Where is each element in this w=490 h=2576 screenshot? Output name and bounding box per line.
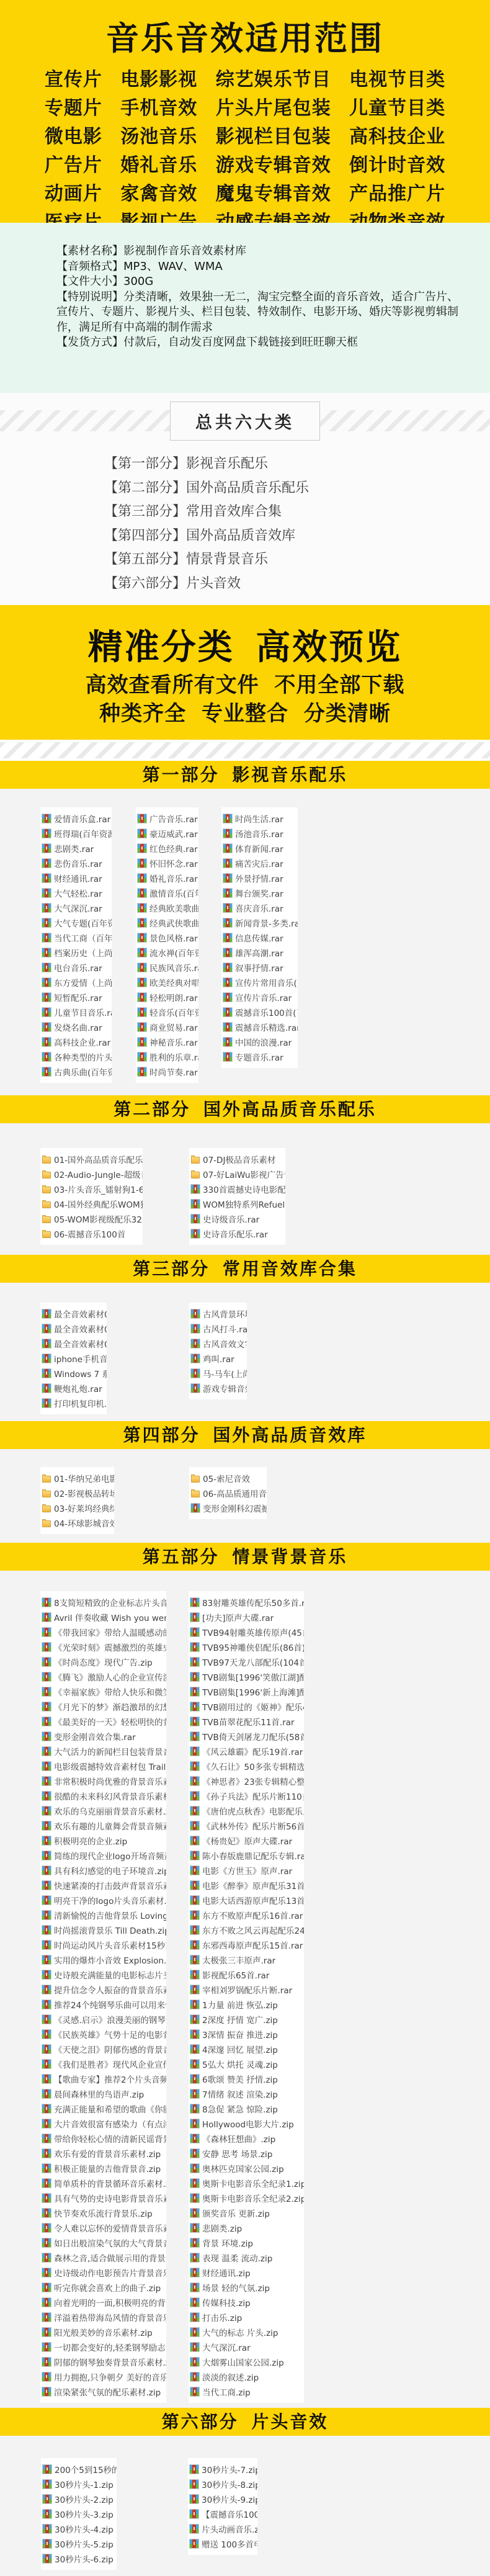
file-item[interactable]: 30秒片头-9.zip [188,2492,257,2506]
file-type-icon [191,1339,200,1348]
file-item[interactable]: 影视配乐65首.rar [189,1967,304,1982]
file-item[interactable]: TVB倚天剑屠龙刀配乐(58首).rar [189,1729,304,1744]
file-item[interactable]: 电影大话西游原声配乐13首.rar [189,1893,304,1908]
file-item[interactable]: 《幸福家族》带给人快乐和微笑的背景音频素材.zip [40,1684,166,1699]
file-item[interactable]: 《神思者》23张专辑精心整理推荐配乐71首!.rar [189,1774,304,1788]
file-item[interactable]: TVB剧集[1996'新上海滩]配乐集锦.rar [189,1684,304,1699]
file-item[interactable]: 东方不败原声配乐16首.rar [189,1908,304,1923]
file-item[interactable]: 古风背景环境.rar [189,1306,247,1321]
file-item[interactable]: 《时尚态度》现代广告.zip [40,1654,166,1669]
file-item[interactable]: 流水禅(百年资源).rar [136,945,198,960]
file-item[interactable]: 30秒片头-4.zip [41,2521,117,2536]
file-item[interactable]: 积极正能量的吉他背景音.zip [40,2161,166,2176]
file-item[interactable]: 大气活力的新闻栏目包装背景音频素材.zip [40,1744,166,1759]
file-column: 07-DJ极品音乐素材07-好LaiWu影视广告专题片配乐素材330首震撼史诗电… [189,1148,285,1245]
file-item[interactable]: 高科技企业.rar [40,1034,112,1049]
file-type-icon [42,2268,51,2277]
file-type-icon [190,1836,199,1845]
file-item[interactable]: 外景抒情.rar [221,871,298,886]
file-item[interactable]: 古风打斗.rar [189,1321,247,1336]
file-type-icon [190,2119,199,2128]
file-item[interactable]: 《唐伯虎点秋香》电影配乐片断配乐32首!.rar [189,1803,304,1818]
file-item[interactable]: 变形金刚音效合集.rar [40,1729,166,1744]
file-name: [功夫]原声大碟.rar [202,1611,274,1623]
file-item[interactable]: 悲伤音乐.rar [40,856,112,871]
file-item[interactable]: 爱情音乐盒.rar [40,811,112,826]
file-item[interactable]: TVB苗翠花配乐11首.rar [189,1714,304,1729]
file-item[interactable]: 一切都会变好的,轻柔钢琴励志背景音.zip [40,2340,166,2354]
file-item[interactable]: 提升信念令人振奋的背景音乐素材.zip [40,1982,166,1997]
file-item[interactable]: 02-Audio-Jungle-超级音乐音效合集 [40,1167,143,1182]
file-name: 实用的爆炸小音效 Explosion.zip [54,1954,166,1966]
file-item[interactable]: 《灵感.启示》浪漫美丽的钢琴背景音乐素材.zip [40,2012,166,2027]
file-type-icon [223,889,232,897]
file-item[interactable]: 30秒片头-5.zip [41,2536,117,2551]
file-item[interactable]: 古风音效文字标注.rar [189,1336,247,1351]
file-item[interactable]: 大气轻松.rar [40,886,112,900]
file-item[interactable]: 30秒片头-6.zip [41,2551,117,2566]
file-item[interactable]: 档案历史（上尚影视）.rar [40,945,112,960]
file-item[interactable]: 各种类型的片头音乐.rar [40,1049,112,1064]
file-item[interactable]: 《久石让》50多张专辑精选57首配乐.rar [189,1759,304,1774]
file-item[interactable]: 洋溢着热带海岛风情的背景音乐素材.zip [40,2310,166,2325]
file-type-icon [42,1231,51,1238]
file-column: 时尚生活.rar汤池音乐.rar体育新闻.rar痛苦灾后.rar外景抒情.rar… [221,807,298,1068]
file-item[interactable]: 汤池音乐.rar [221,826,298,841]
file-item[interactable]: 电影《方世玉》原声.rar [189,1863,304,1878]
file-item[interactable]: 时尚生活.rar [221,811,298,826]
file-item[interactable]: 欧美经典对唱歌曲.rar [136,975,198,990]
file-item[interactable]: 带给你轻松心情的清新民谣背景曲.zip [40,2131,166,2146]
file-item[interactable]: 7情绪 叙述 渲染.zip [189,2086,304,2101]
file-item[interactable]: 班得瑞(百年资源).rar [40,826,112,841]
file-item[interactable]: 打印机复印机.rar [40,1396,107,1411]
file-item[interactable]: iphone手机音效.rar [40,1351,107,1366]
file-item[interactable]: 悲剧类.rar [40,841,112,856]
file-item[interactable]: 30秒片头-3.zip [41,2506,117,2521]
file-type-icon [42,963,51,972]
file-item[interactable]: 如日出般渲染气氛的大气背景音.zip [40,2235,166,2250]
file-item[interactable]: Windows 7 系统音效.rar [40,1366,107,1381]
file-name: 30秒片头-7.zip [202,2463,257,2475]
file-item[interactable]: 《孙子兵法》配乐片断110多首.rar [189,1788,304,1803]
file-item[interactable]: 3深情 振奋 推进.zip [189,2027,304,2042]
file-item[interactable]: 《民族英雄》气势十足的电影背景音乐素材.zip [40,2027,166,2042]
file-item[interactable]: 具有气势的史诗电影背景音乐素材 .zip [40,2191,166,2206]
file-name: 5弘大 烘托 灵魂.zip [202,2058,278,2070]
file-item[interactable]: 当代工商.zip [189,2384,304,2399]
file-item[interactable]: 宰相刘罗锅配乐片断.rar [189,1982,304,1997]
file-item[interactable]: 05-索尼音效 [189,1471,267,1486]
file-item[interactable]: 东方爱情（上尚影视）.rar [40,975,112,990]
file-item[interactable]: 30秒片头-2.zip [41,2492,117,2506]
file-item[interactable]: TVB97天龙八部配乐(104首).rar [189,1654,304,1669]
file-name: 变形金刚音效合集.rar [54,1730,136,1743]
file-type-icon [223,904,232,912]
file-item[interactable]: 2深度 抒情 宽广.zip [189,2012,304,2027]
file-item[interactable]: 古典乐曲(百年资源).rar [40,1064,112,1079]
file-item[interactable]: 森林之音,适合做展示用的背景音频素材.zip [40,2250,166,2265]
file-item[interactable]: 背景 环境.zip [189,2235,304,2250]
file-item[interactable]: 豪迈威武.rar [136,826,198,841]
file-item[interactable]: 200个5到15秒的片头音乐.zip [41,2462,117,2477]
file-type-icon [190,2134,199,2143]
file-item[interactable]: 喜庆音乐.rar [221,900,298,915]
file-item[interactable]: 快速紧凑的打击鼓声背景音乐素材.zip [40,1878,166,1893]
file-item[interactable]: 史诗级动作电影预告片背景音乐素材.zip [40,2265,166,2280]
file-item[interactable]: 简单质朴的背景循环音乐素材.zip [40,2176,166,2191]
file-item[interactable]: 向着光明的一面,积极明亮的背景音乐素材 .zip [40,2295,166,2310]
file-item[interactable]: 婚礼音乐.rar [136,871,198,886]
file-item[interactable]: TVB剧集[1996'笑傲江湖]配乐集锦.rar [189,1669,304,1684]
file-item[interactable]: 07-DJ极品音乐素材 [189,1152,285,1167]
file-name: 30秒片头-2.zip [55,2493,114,2505]
file-type-icon [42,2164,51,2173]
file-item[interactable]: 中国的浪漫.rar [221,1034,298,1049]
file-item[interactable]: 大烟雾山国家公园.zip [189,2354,304,2369]
section-3-header: 第三部分 常用音效库合集 [0,1255,490,1283]
file-type-icon [190,2372,199,2381]
file-item[interactable]: 最全音效素材01.rar [40,1306,107,1321]
file-item[interactable]: TVB剧用过的《姬神》配乐41首.rar [189,1699,304,1714]
file-item[interactable]: 欢乐的乌克丽丽背景音乐素材.zip [40,1803,166,1818]
file-name: 01-华纳兄弟电影音效库合辑 [54,1472,114,1484]
file-item[interactable]: 阴郁的钢琴独奏背景音乐素材.zip [40,2354,166,2369]
file-type-icon [42,1762,51,1770]
file-item[interactable]: 具有科幻感觉的电子环境音.zip [40,1863,166,1878]
file-item[interactable]: 商业贸易.rar [136,1020,198,1034]
file-item[interactable]: TVB95神雕侠侣配乐(86首).rar [189,1640,304,1654]
file-item[interactable]: 《腾飞》激励人心的企业宣传演示背景音频素材.zip [40,1669,166,1684]
file-item[interactable]: 简练的现代企业logo开场音频素材.zip [40,1848,166,1863]
file-item[interactable]: 广告音乐.rar [136,811,198,826]
file-type-icon [42,1187,51,1193]
file-type-icon [43,2510,51,2518]
file-name: 推荐24个纯钢琴乐曲可以用来做开场音乐.zip [54,1998,166,2011]
file-item[interactable]: 30秒片头-1.zip [41,2477,117,2492]
file-item[interactable]: 民族风音乐.rar [136,960,198,975]
file-item[interactable]: 30秒片头-7.zip [188,2462,257,2477]
file-item[interactable]: 04-环球影城音效资料 [40,1515,114,1530]
file-item[interactable]: 最全音效素材02.rar [40,1321,107,1336]
file-item[interactable]: 渲染紧张气氛的配乐素材.zip [40,2384,166,2399]
file-name: 83射雕英雄传配乐50多首.rar [202,1596,304,1609]
file-item[interactable]: 06-高品质通用音效库 [189,1486,267,1501]
file-column: 最全音效素材01.rar最全音效素材02.rar最全音效素材03.raripho… [40,1303,107,1414]
file-item[interactable]: 怀旧怀念.rar [136,856,198,871]
file-type-icon [191,1229,200,1238]
file-item[interactable]: 电影级震撼特效音素材包 Trailer Acts.zip [40,1759,166,1774]
file-item[interactable]: 安静 思考 场景.zip [189,2146,304,2161]
file-item[interactable]: 积极明亮的企业.zip [40,1833,166,1848]
file-item[interactable]: [功夫]原声大碟.rar [189,1610,304,1625]
file-item[interactable]: 02-影视极品转场音效 [40,1486,114,1501]
file-item[interactable]: 轻松明朗.rar [136,990,198,1005]
file-item[interactable]: 胜利的乐章.rar [136,1049,198,1064]
file-type-icon [190,2387,199,2396]
file-type-icon [138,933,146,942]
file-type-icon [223,1008,232,1016]
file-item[interactable]: 红色经典.rar [136,841,198,856]
file-name: WOM独特系列Refuel Music22集.rar [203,1198,285,1210]
file-item[interactable]: 奥林匹克国家公园.zip [189,2161,304,2176]
file-item[interactable]: 8急促 紧急 惊险.zip [189,2101,304,2116]
file-item[interactable]: 财经通讯.rar [40,871,112,886]
file-item[interactable]: 时尚摇滚背景乐 Till Death.zip [40,1923,166,1937]
file-type-icon [223,1052,232,1061]
file-item[interactable]: 大气深沉.rar [40,900,112,915]
file-item[interactable]: 打击乐.zip [189,2310,304,2325]
file-item[interactable]: 体育新闻.rar [221,841,298,856]
file-name: 欢乐有爱的背景音乐素材.zip [54,2147,161,2160]
file-name: 07-DJ极品音乐素材 [203,1153,275,1165]
file-item[interactable]: 大气的标志 片头.zip [189,2325,304,2340]
file-item[interactable]: 鞭炮礼炮.rar [40,1381,107,1396]
file-item[interactable]: 30秒片头-8.zip [188,2477,257,2492]
file-item[interactable]: 东方不败之风云再起配乐24首.rar [189,1923,304,1937]
file-type-icon [190,1658,199,1666]
file-item[interactable]: 充满正能量和希望的歌曲《你能大过生命》.zip [40,2101,166,2116]
file-item[interactable]: 陈小春版鹿鼎记配乐专辑.rar [189,1848,304,1863]
file-type-icon [190,2253,199,2262]
file-item[interactable]: 【歌曲专家】推荐2个片头音频素材.zip [40,2071,166,2086]
file-item[interactable]: 用力拥抱,只争朝夕 美好的音乐,含纯乐版和歌词版.zip [40,2369,166,2384]
file-name: 具有科幻感觉的电子环境音.zip [54,1864,166,1877]
file-name: 一切都会变好的,轻柔钢琴励志背景音.zip [54,2341,166,2353]
file-type-icon [190,2328,199,2336]
stripe-band [0,740,490,761]
file-item[interactable]: 晨间森林里的鸟语声.zip [40,2086,166,2101]
file-name: 背景 环境.zip [202,2237,253,2249]
file-item[interactable]: 04-国外经典配乐WOM独特系列TSH合辑 [40,1196,143,1211]
file-item[interactable]: 快节奏欢乐流行背景乐.zip [40,2206,166,2220]
section-1-file-list: 爱情音乐盒.rar班得瑞(百年资源).rar悲剧类.rar悲伤音乐.rar财经通… [0,789,490,1095]
file-item[interactable]: 【震撼音乐100首】.zip [188,2506,257,2521]
file-name: 30秒片头-9.zip [202,2493,257,2505]
file-item[interactable]: 轻音乐(百年资源).rar [136,1005,198,1020]
file-item[interactable]: TVB94射雕英雄传原声(45首)+原创.zip [189,1625,304,1640]
file-item[interactable]: 欢乐有趣的儿童舞会背景音频素材.zip [40,1818,166,1833]
hero-banner: 音乐音效适用范围 宣传片 电影影视 综艺娱乐节目 电视节目类专题片 手机音效 片… [0,0,490,223]
file-name: 游戏专辑音效.rar [203,1382,247,1394]
file-item[interactable]: 83射雕英雄传配乐50多首.rar [189,1595,304,1610]
file-type-icon [42,1052,51,1061]
file-item[interactable]: 03-好莱坞经典综合音效 [40,1501,114,1515]
file-item[interactable]: 激情音乐(百年资源).rar [136,886,198,900]
file-item[interactable]: 叙事抒情.rar [221,960,298,975]
file-type-icon [42,2134,51,2143]
file-name: 片头动画音乐.zip [202,2523,257,2535]
file-item[interactable]: 推荐24个纯钢琴乐曲可以用来做开场音乐.zip [40,1997,166,2012]
file-item[interactable]: 片头动画音乐.zip [188,2521,257,2536]
file-item[interactable]: 欢乐有爱的背景音乐素材.zip [40,2146,166,2161]
file-name: 打击乐.zip [202,2311,242,2323]
file-item[interactable]: 东邪西毒原声配乐15首.rar [189,1937,304,1952]
file-item[interactable]: 《森林狂想曲》.zip [189,2131,304,2146]
file-item[interactable]: 5弘大 烘托 灵魂.zip [189,2057,304,2071]
file-type-icon [42,1628,51,1636]
file-item[interactable]: 当代工商（百年资源）.rar [40,930,112,945]
file-type-icon [190,2075,199,2083]
file-item[interactable]: 场景 轻的气氛.zip [189,2280,304,2295]
file-item[interactable]: Hollywood电影大片.zip [189,2116,304,2131]
file-item[interactable]: 儿童节目音乐.rar [40,1005,112,1020]
file-item[interactable]: 表现 温柔 流动.zip [189,2250,304,2265]
file-item[interactable]: 实用的爆炸小音效 Explosion.zip [40,1952,166,1967]
file-item[interactable]: 清新愉悦的吉他背景乐 Loving Everything I Find.zip [40,1908,166,1923]
file-item[interactable]: 01-华纳兄弟电影音效库合辑 [40,1471,114,1486]
file-item[interactable]: 大气深沉.rar [189,2340,304,2354]
file-type-icon [42,1369,51,1378]
file-item[interactable]: 财经通讯.zip [189,2265,304,2280]
file-item[interactable]: 大片音效很富有感染力（有点渗人哦）.rar [40,2116,166,2131]
file-item[interactable]: 宣传片音乐.rar [221,990,298,1005]
category-list-item: 【第一部分】影视音乐配乐 [104,452,309,477]
file-item[interactable]: 马-马车(上尚影视).rar [189,1366,247,1381]
file-item[interactable]: 震撼音乐100首(百年资源).rar [221,1005,298,1020]
file-item[interactable]: 舞台颁奖.rar [221,886,298,900]
file-name: 财经通讯.rar [54,872,102,884]
file-item[interactable]: 颁奖音乐 更新.zip [189,2206,304,2220]
file-item[interactable]: 电台音乐.rar [40,960,112,975]
file-item[interactable]: 传媒科技.zip [189,2295,304,2310]
file-name: 叙事抒情.rar [235,961,283,974]
file-item[interactable]: 史诗般充满能量的电影标志片头乐.zip [40,1967,166,1982]
file-type-icon [190,1985,199,1994]
file-item[interactable]: 时尚运动风片头音乐素材15秒剪辑.zip [40,1937,166,1952]
file-item[interactable]: 大气专题(百年资源).rar [40,915,112,930]
file-type-icon [42,2224,51,2232]
file-item[interactable]: 变形金刚科幻震撼音效素材.rar [189,1501,267,1515]
file-item[interactable]: 明亮干净的logo片头音乐素材.zip [40,1893,166,1908]
file-type-icon [138,1067,146,1076]
file-item[interactable]: 新闻背景-多类.rar [221,915,298,930]
file-item[interactable]: 痛苦灾后.rar [221,856,298,871]
file-item[interactable]: 史诗音乐配乐.rar [189,1226,285,1241]
file-item[interactable]: 令人难以忘怀的爱情背景音乐素材.zip [40,2220,166,2235]
file-item[interactable]: 《月光下的梦》渐趋激昂的幻想合唱乐 Moonlight [40,1699,166,1714]
file-item[interactable]: 宣传片常用音乐(百年资源).rar [221,975,298,990]
file-type-icon [190,1792,199,1800]
file-item[interactable]: 07-好LaiWu影视广告专题片配乐素材 [189,1167,285,1182]
file-item[interactable]: 《最美好的一天》轻松明快的背景音乐素材.zip [40,1714,166,1729]
file-item[interactable]: 悲剧类.zip [189,2220,304,2235]
file-type-icon [223,859,232,868]
file-type-icon [42,1821,51,1830]
file-item[interactable]: 330首震撼史诗电影配乐和史诗元素.rar [189,1182,285,1196]
file-item[interactable]: 05-WOM影视级配乐325部 [40,1211,143,1226]
file-item[interactable]: 景色风格.rar [136,930,198,945]
file-item[interactable]: 06-震撼音乐100首 [40,1226,143,1241]
file-item[interactable]: 6歌颂 赞美 抒情.zip [189,2071,304,2086]
file-name: 晨间森林里的鸟语声.zip [54,2088,144,2100]
file-item[interactable]: 发烧名曲.rar [40,1020,112,1034]
file-item[interactable]: WOM独特系列Refuel Music22集.rar [189,1196,285,1211]
file-item[interactable]: 《风云雄霸》配乐19首.rar [189,1744,304,1759]
category-list-item: 【第四部分】国外高品质音效库 [104,524,309,549]
file-column: 01-国外高品质音乐配乐素材合辑02-Audio-Jungle-超级音乐音效合集… [40,1148,143,1245]
file-item[interactable]: 《武林外传》配乐片断56首.rar [189,1818,304,1833]
file-name: 大气活力的新闻栏目包装背景音频素材.zip [54,1745,166,1757]
file-name: 8支简短精致的企业标志片头音.zip [54,1596,166,1609]
file-item[interactable]: 01-国外高品质音乐配乐素材合辑 [40,1152,143,1167]
file-item[interactable]: 专题音乐.rar [221,1049,298,1064]
file-type-icon [42,2089,51,2098]
file-name: 雄浑高潮.rar [235,946,283,959]
file-name: 30秒片头-5.zip [55,2538,114,2550]
file-name: 6歌颂 赞美 抒情.zip [202,2073,278,2085]
file-item[interactable]: 史诗级音乐.rar [189,1211,285,1226]
file-name: 奥斯卡电影音乐全纪录1.zip [202,2177,304,2189]
file-name: 04-国外经典配乐WOM独特系列TSH合辑 [54,1198,143,1210]
file-item[interactable]: 《我们是胜者》现代风企业宣传背景音频素材.zip [40,2057,166,2071]
file-type-icon [42,1747,51,1756]
file-item[interactable]: 奥斯卡电影音乐全纪录2.zip [189,2191,304,2206]
file-type-icon [42,2119,51,2128]
file-item[interactable]: 非常积极时尚优雅的背景音乐素材《以爱之名》.zip [40,1774,166,1788]
file-item[interactable]: 雄浑高潮.rar [221,945,298,960]
file-item[interactable]: 电影《醉拳》原声配乐31首.rar [189,1878,304,1893]
file-item[interactable]: 03-片头音乐_镭射狗1-67CD [40,1182,143,1196]
file-type-icon [138,814,146,823]
file-item[interactable]: 信息传媒.rar [221,930,298,945]
file-type-icon [191,1324,200,1333]
file-item[interactable]: 听完你就会喜欢上的曲子.zip [40,2280,166,2295]
file-type-icon [190,2343,199,2351]
file-item[interactable]: 震撼音乐精选.rar [221,1020,298,1034]
file-name: 场景 轻的气氛.zip [202,2281,270,2294]
file-name: 电影《方世玉》原声.rar [202,1864,292,1877]
file-type-icon [42,1970,51,1979]
file-name: Hollywood电影大片.zip [202,2117,294,2130]
file-name: 03-片头音乐_镭射狗1-67CD [54,1183,143,1195]
file-type-icon [42,1038,51,1046]
file-item[interactable]: 游戏专辑音效.rar [189,1381,247,1396]
file-type-icon [42,2253,51,2262]
file-item[interactable]: 鸡叫.rar [189,1351,247,1366]
file-item[interactable]: 4深邃 回忆 展望.zip [189,2042,304,2057]
file-name: 令人难以忘怀的爱情背景音乐素材.zip [54,2222,166,2234]
file-item[interactable]: 太极张三丰原声.rar [189,1952,304,1967]
file-item[interactable]: 时尚节奏.rar [136,1064,198,1079]
file-item[interactable]: 短暂配乐.rar [40,990,112,1005]
file-name: 电影大话西游原声配乐13首.rar [202,1894,304,1906]
file-type-icon [42,2194,51,2202]
file-item[interactable]: 最全音效素材03.rar [40,1336,107,1351]
file-item[interactable]: 经典欧美歌曲合辑.rar [136,900,198,915]
promo-title: 精准分类 高效预览 [0,605,490,670]
file-item[interactable]: 《杨贵妃》原声大碟.rar [189,1833,304,1848]
file-item[interactable]: 奥斯卡电影音乐全纪录1.zip [189,2176,304,2191]
file-item[interactable]: 经典武侠歌曲.rar [136,915,198,930]
file-type-icon [190,2358,199,2366]
file-item[interactable]: 神秘音乐.rar [136,1034,198,1049]
file-item[interactable]: 8支简短精致的企业标志片头音.zip [40,1595,166,1610]
file-item[interactable]: Avril 伴奏收藏 Wish you were here.zip [40,1610,166,1625]
file-item[interactable]: 《光荣时刻》震撼激烈的英雄史诗电影音乐素材.zip [40,1640,166,1654]
file-type-icon [138,1008,146,1016]
file-item[interactable]: 赠送 100多首电台音乐.zip [188,2536,257,2551]
file-item[interactable]: 《带我回家》带给人温暖感动的男声歌曲 .zip [40,1625,166,1640]
file-name: 电影级震撼特效音素材包 Trailer Acts.zip [54,1760,166,1772]
file-name: 《神思者》23张专辑精心整理推荐配乐71首!.rar [202,1775,304,1787]
file-item[interactable]: 淡淡的叙述.zip [189,2369,304,2384]
file-item[interactable]: 很酷的未来科幻风背景音乐素材.zip [40,1788,166,1803]
file-item[interactable]: 1力量 前进 恢弘.zip [189,1997,304,2012]
file-item[interactable]: 《天使之泪》阴郁伤感的背景音频素材.zip [40,2042,166,2057]
hero-usage-row: 医疗片 影视广告 动感专辑音效 动物类音效 [0,209,490,223]
file-item[interactable]: 阳光般美妙的音乐素材.zip [40,2325,166,2340]
